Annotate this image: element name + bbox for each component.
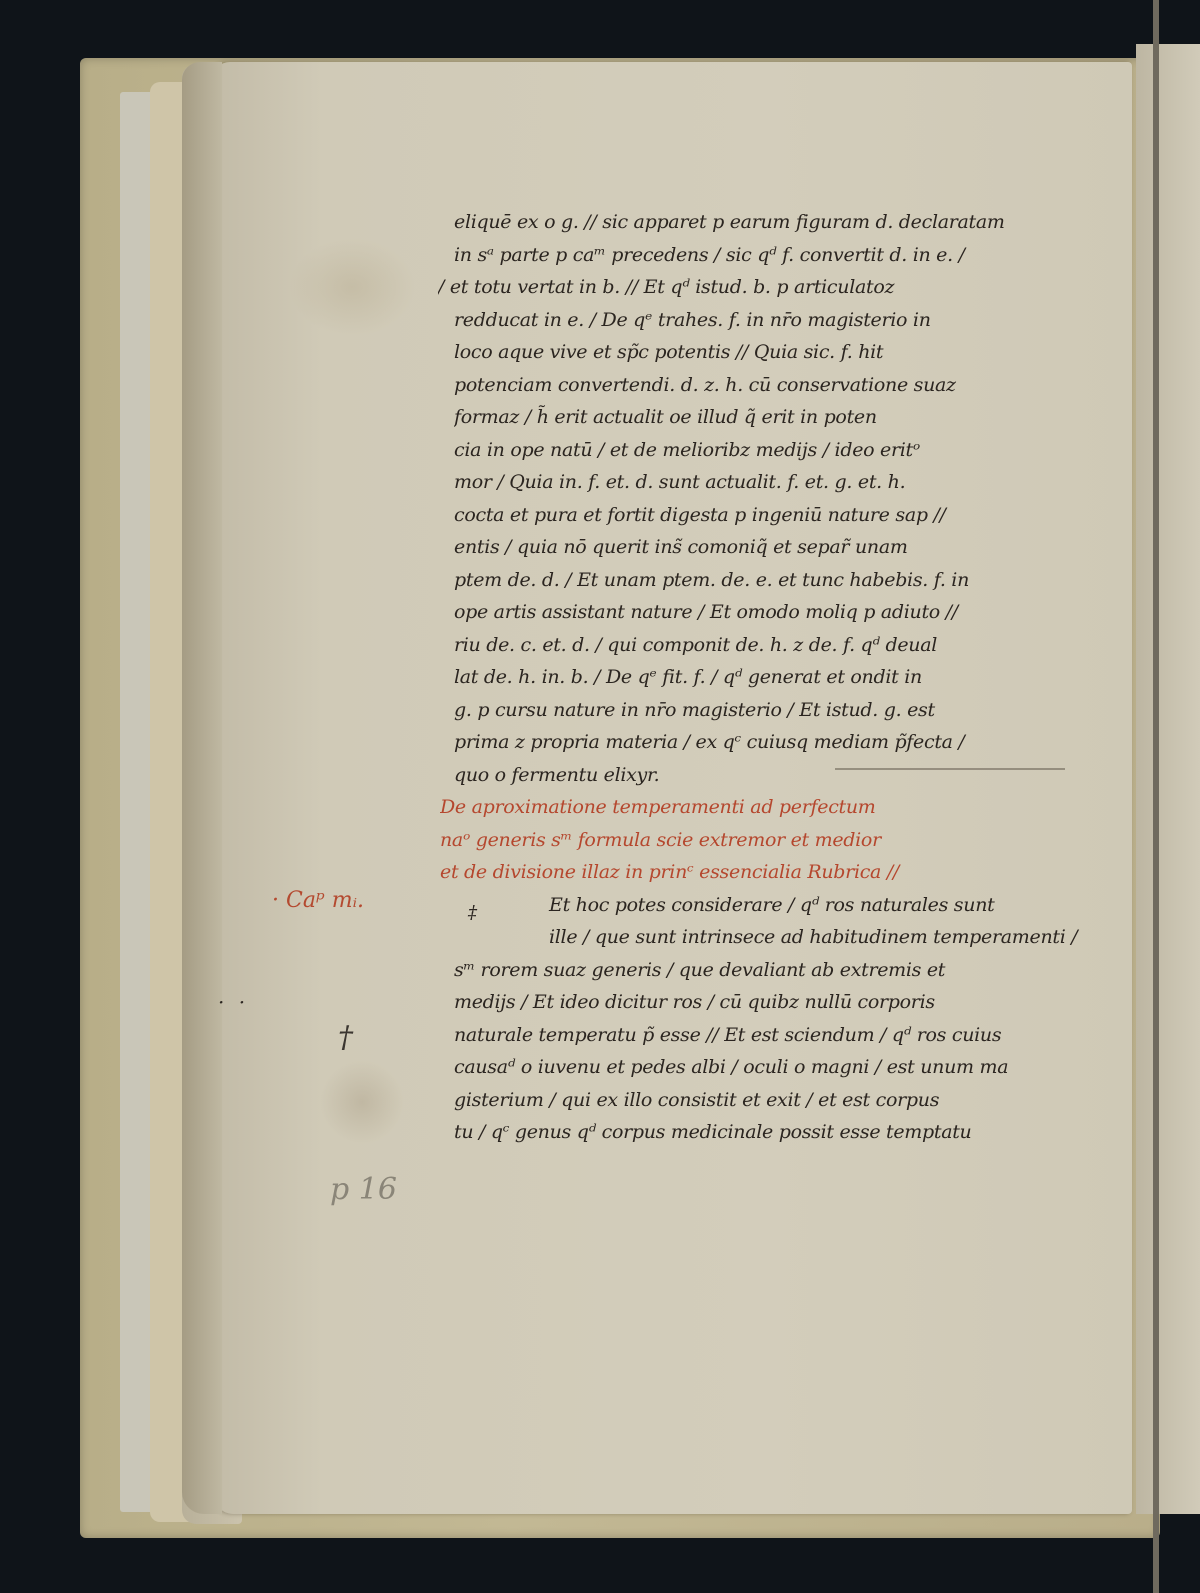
text-line: redducat in e. / De qᵉ trahes. f. in nr̄… — [454, 304, 1084, 337]
main-text: eliquē ex o g. // sic apparet p earum fi… — [454, 206, 1084, 791]
text-line: ille / que sunt intrinsece ad habitudine… — [454, 921, 1084, 954]
folio-number: p 16 — [330, 1172, 397, 1207]
text-line: medijs / Et ideo dicitur ros / cū quibz… — [454, 986, 1084, 1019]
chapter-marker: · Caᵖ mᵢ. — [272, 888, 364, 913]
text-line: entis / quia nō querit ins̃ comoniq̃ et… — [454, 531, 1084, 564]
text-line: formaz / h̃ erit actualit oe illud q̃ er… — [454, 401, 1084, 434]
page-gutter — [182, 62, 222, 1514]
text-line: Et hoc potes considerare / qᵈ ros natura… — [454, 889, 1084, 922]
text-line: quo o fermentu elixyr. — [454, 759, 1084, 792]
text-line: g. p cursu nature in nr̄o magisterio / E… — [454, 694, 1084, 727]
line-filler-rule — [835, 768, 1065, 770]
text-line: riu de. c. et. d. / qui componit de. h. … — [454, 629, 1084, 662]
text-line: causaᵈ o iuvenu et pedes albi / oculi o … — [454, 1051, 1084, 1084]
rubric-heading: De aproximatione temperamenti ad perfect… — [440, 791, 1084, 889]
rubric-line: naᵒ generis sᵐ formula scie extremor et … — [440, 824, 1084, 857]
text-line: / et totu vertat in b. // Et qᵈ istud. b… — [438, 271, 1084, 304]
text-line: naturale temperatu p̃ esse // Et est sci… — [454, 1019, 1084, 1052]
book-support-rod — [1153, 0, 1159, 1593]
text-line: lat de. h. in. b. / De qᵉ fit. f. / qᵈ g… — [454, 661, 1084, 694]
rubric-line: De aproximatione temperamenti ad perfect… — [440, 791, 1084, 824]
text-line: prima z propria materia / ex qᶜ cuiusq m… — [454, 726, 1084, 759]
text-line: tu / qᶜ genus qᵈ corpus medicinale possi… — [454, 1116, 1084, 1149]
margin-scribble: † — [338, 1020, 353, 1055]
text-line: ptem de. d. / Et unam ptem. de. e. et tu… — [454, 564, 1084, 597]
facing-page-edge — [1136, 44, 1200, 1514]
margin-dots: · · — [218, 990, 249, 1014]
text-line: ope artis assistant nature / Et omodo mo… — [454, 596, 1084, 629]
text-line: cocta et pura et fortit digesta p ingeni… — [454, 499, 1084, 532]
text-line: mor / Quia in. f. et. d. sunt actualit. … — [454, 466, 1084, 499]
text-line: sᵐ rorem suaz generis / que devaliant ab… — [454, 954, 1084, 987]
paragraph-mark-icon: ‡ — [468, 902, 477, 923]
chapter-text: Et hoc potes considerare / qᵈ ros natura… — [454, 889, 1084, 1149]
text-line: potenciam convertendi. d. z. h. cū cons… — [454, 369, 1084, 402]
text-line: eliquē ex o g. // sic apparet p earum fi… — [454, 206, 1084, 239]
main-text-block: eliquē ex o g. // sic apparet p earum fi… — [454, 206, 1084, 1149]
text-line: in sᵃ parte p caᵐ precedens / sic qᵈ f. … — [454, 239, 1084, 272]
text-line: gisterium / qui ex illo consistit et exi… — [454, 1084, 1084, 1117]
rubric-line: et de divisione illaz in prinᶜ essencial… — [440, 856, 1084, 889]
text-line: loco aque vive et sp̃c potentis // Quia … — [454, 336, 1084, 369]
text-line: cia in ope natū / et de melioribz medij… — [454, 434, 1084, 467]
